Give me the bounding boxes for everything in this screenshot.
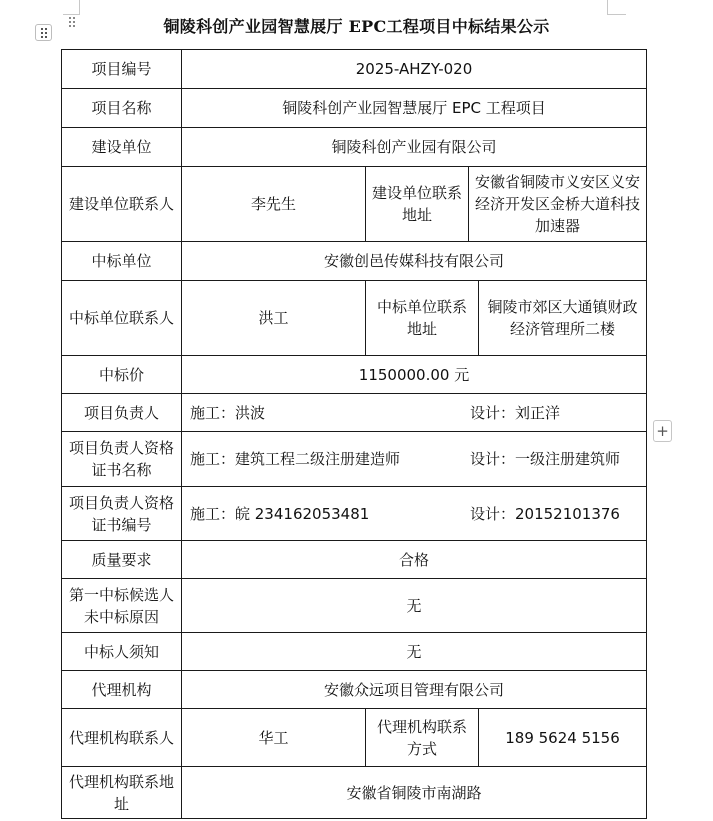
- page-margin-corner-left: [63, 0, 80, 15]
- value-agency[interactable]: 安徽众远项目管理有限公司: [182, 671, 647, 709]
- value-agency-address[interactable]: 安徽省铜陵市南湖路: [182, 767, 647, 819]
- cert-name-design: 设计：一级注册建筑师: [470, 448, 636, 470]
- label-agency-address: 代理机构联系地址: [62, 767, 182, 819]
- table-row: 项目名称 铜陵科创产业园智慧展厅 EPC 工程项目: [62, 89, 647, 128]
- value-project-name[interactable]: 铜陵科创产业园智慧展厅 EPC 工程项目: [182, 89, 647, 128]
- label-project-name: 项目名称: [62, 89, 182, 128]
- label-owner: 建设单位: [62, 128, 182, 167]
- value-owner[interactable]: 铜陵科创产业园有限公司: [182, 128, 647, 167]
- label-owner-contact: 建设单位联系人: [62, 167, 182, 242]
- value-winner-contact[interactable]: 洪工: [182, 281, 366, 356]
- table-row: 代理机构联系人 华工 代理机构联系方式 189 5624 5156: [62, 709, 647, 767]
- table-row: 项目编号 2025-AHZY-020: [62, 50, 647, 89]
- value-first-candidate[interactable]: 无: [182, 579, 647, 633]
- value-cert-no[interactable]: 施工：皖 234162053481 设计：20152101376: [182, 487, 647, 541]
- label-first-candidate: 第一中标候选人未中标原因: [62, 579, 182, 633]
- manager-design: 设计：刘正洋: [470, 402, 636, 424]
- table-row: 中标单位联系人 洪工 中标单位联系地址 铜陵市郊区大通镇财政经济管理所二楼: [62, 281, 647, 356]
- value-notice[interactable]: 无: [182, 633, 647, 671]
- value-manager[interactable]: 施工：洪波 设计：刘正洋: [182, 394, 647, 432]
- page-margin-corner-right: [607, 0, 626, 15]
- table-row: 第一中标候选人未中标原因 无: [62, 579, 647, 633]
- label-winner-contact: 中标单位联系人: [62, 281, 182, 356]
- table-row: 中标单位 安徽创邑传媒科技有限公司: [62, 242, 647, 281]
- value-owner-address[interactable]: 安徽省铜陵市义安区义安经济开发区金桥大道科技加速器: [469, 167, 647, 242]
- label-agency-contact: 代理机构联系人: [62, 709, 182, 767]
- label-cert-no: 项目负责人资格证书编号: [62, 487, 182, 541]
- value-agency-phone[interactable]: 189 5624 5156: [479, 709, 647, 767]
- label-agency-phone: 代理机构联系方式: [366, 709, 479, 767]
- label-project-no: 项目编号: [62, 50, 182, 89]
- add-column-button[interactable]: +: [653, 420, 672, 442]
- table-row: 代理机构联系地址 安徽省铜陵市南湖路: [62, 767, 647, 819]
- table-row: 中标人须知 无: [62, 633, 647, 671]
- table-row: 代理机构 安徽众远项目管理有限公司: [62, 671, 647, 709]
- table-row: 建设单位 铜陵科创产业园有限公司: [62, 128, 647, 167]
- document-title: 铜陵科创产业园智慧展厅 EPC工程项目中标结果公示: [0, 14, 713, 37]
- value-winner-address[interactable]: 铜陵市郊区大通镇财政经济管理所二楼: [479, 281, 647, 356]
- table-row: 质量要求 合格: [62, 541, 647, 579]
- bid-result-table: 项目编号 2025-AHZY-020 项目名称 铜陵科创产业园智慧展厅 EPC …: [61, 49, 647, 819]
- label-winner: 中标单位: [62, 242, 182, 281]
- label-notice: 中标人须知: [62, 633, 182, 671]
- value-owner-contact[interactable]: 李先生: [182, 167, 366, 242]
- value-project-no[interactable]: 2025-AHZY-020: [182, 50, 647, 89]
- value-cert-name[interactable]: 施工：建筑工程二级注册建造师 设计：一级注册建筑师: [182, 432, 647, 487]
- label-price: 中标价: [62, 356, 182, 394]
- label-quality: 质量要求: [62, 541, 182, 579]
- table-row: 项目负责人资格证书名称 施工：建筑工程二级注册建造师 设计：一级注册建筑师: [62, 432, 647, 487]
- label-manager: 项目负责人: [62, 394, 182, 432]
- label-agency: 代理机构: [62, 671, 182, 709]
- table-row: 中标价 1150000.00 元: [62, 356, 647, 394]
- value-price[interactable]: 1150000.00 元: [182, 356, 647, 394]
- cert-no-design: 设计：20152101376: [470, 503, 636, 525]
- label-winner-address: 中标单位联系地址: [366, 281, 479, 356]
- table-row: 建设单位联系人 李先生 建设单位联系地址 安徽省铜陵市义安区义安经济开发区金桥大…: [62, 167, 647, 242]
- table-row: 项目负责人资格证书编号 施工：皖 234162053481 设计：2015210…: [62, 487, 647, 541]
- cert-no-construction: 施工：皖 234162053481: [190, 503, 369, 525]
- value-agency-contact[interactable]: 华工: [182, 709, 366, 767]
- table-row: 项目负责人 施工：洪波 设计：刘正洋: [62, 394, 647, 432]
- cert-name-construction: 施工：建筑工程二级注册建造师: [190, 448, 400, 470]
- label-owner-address: 建设单位联系地址: [366, 167, 469, 242]
- label-cert-name: 项目负责人资格证书名称: [62, 432, 182, 487]
- value-winner[interactable]: 安徽创邑传媒科技有限公司: [182, 242, 647, 281]
- value-quality[interactable]: 合格: [182, 541, 647, 579]
- manager-construction: 施工：洪波: [190, 402, 265, 424]
